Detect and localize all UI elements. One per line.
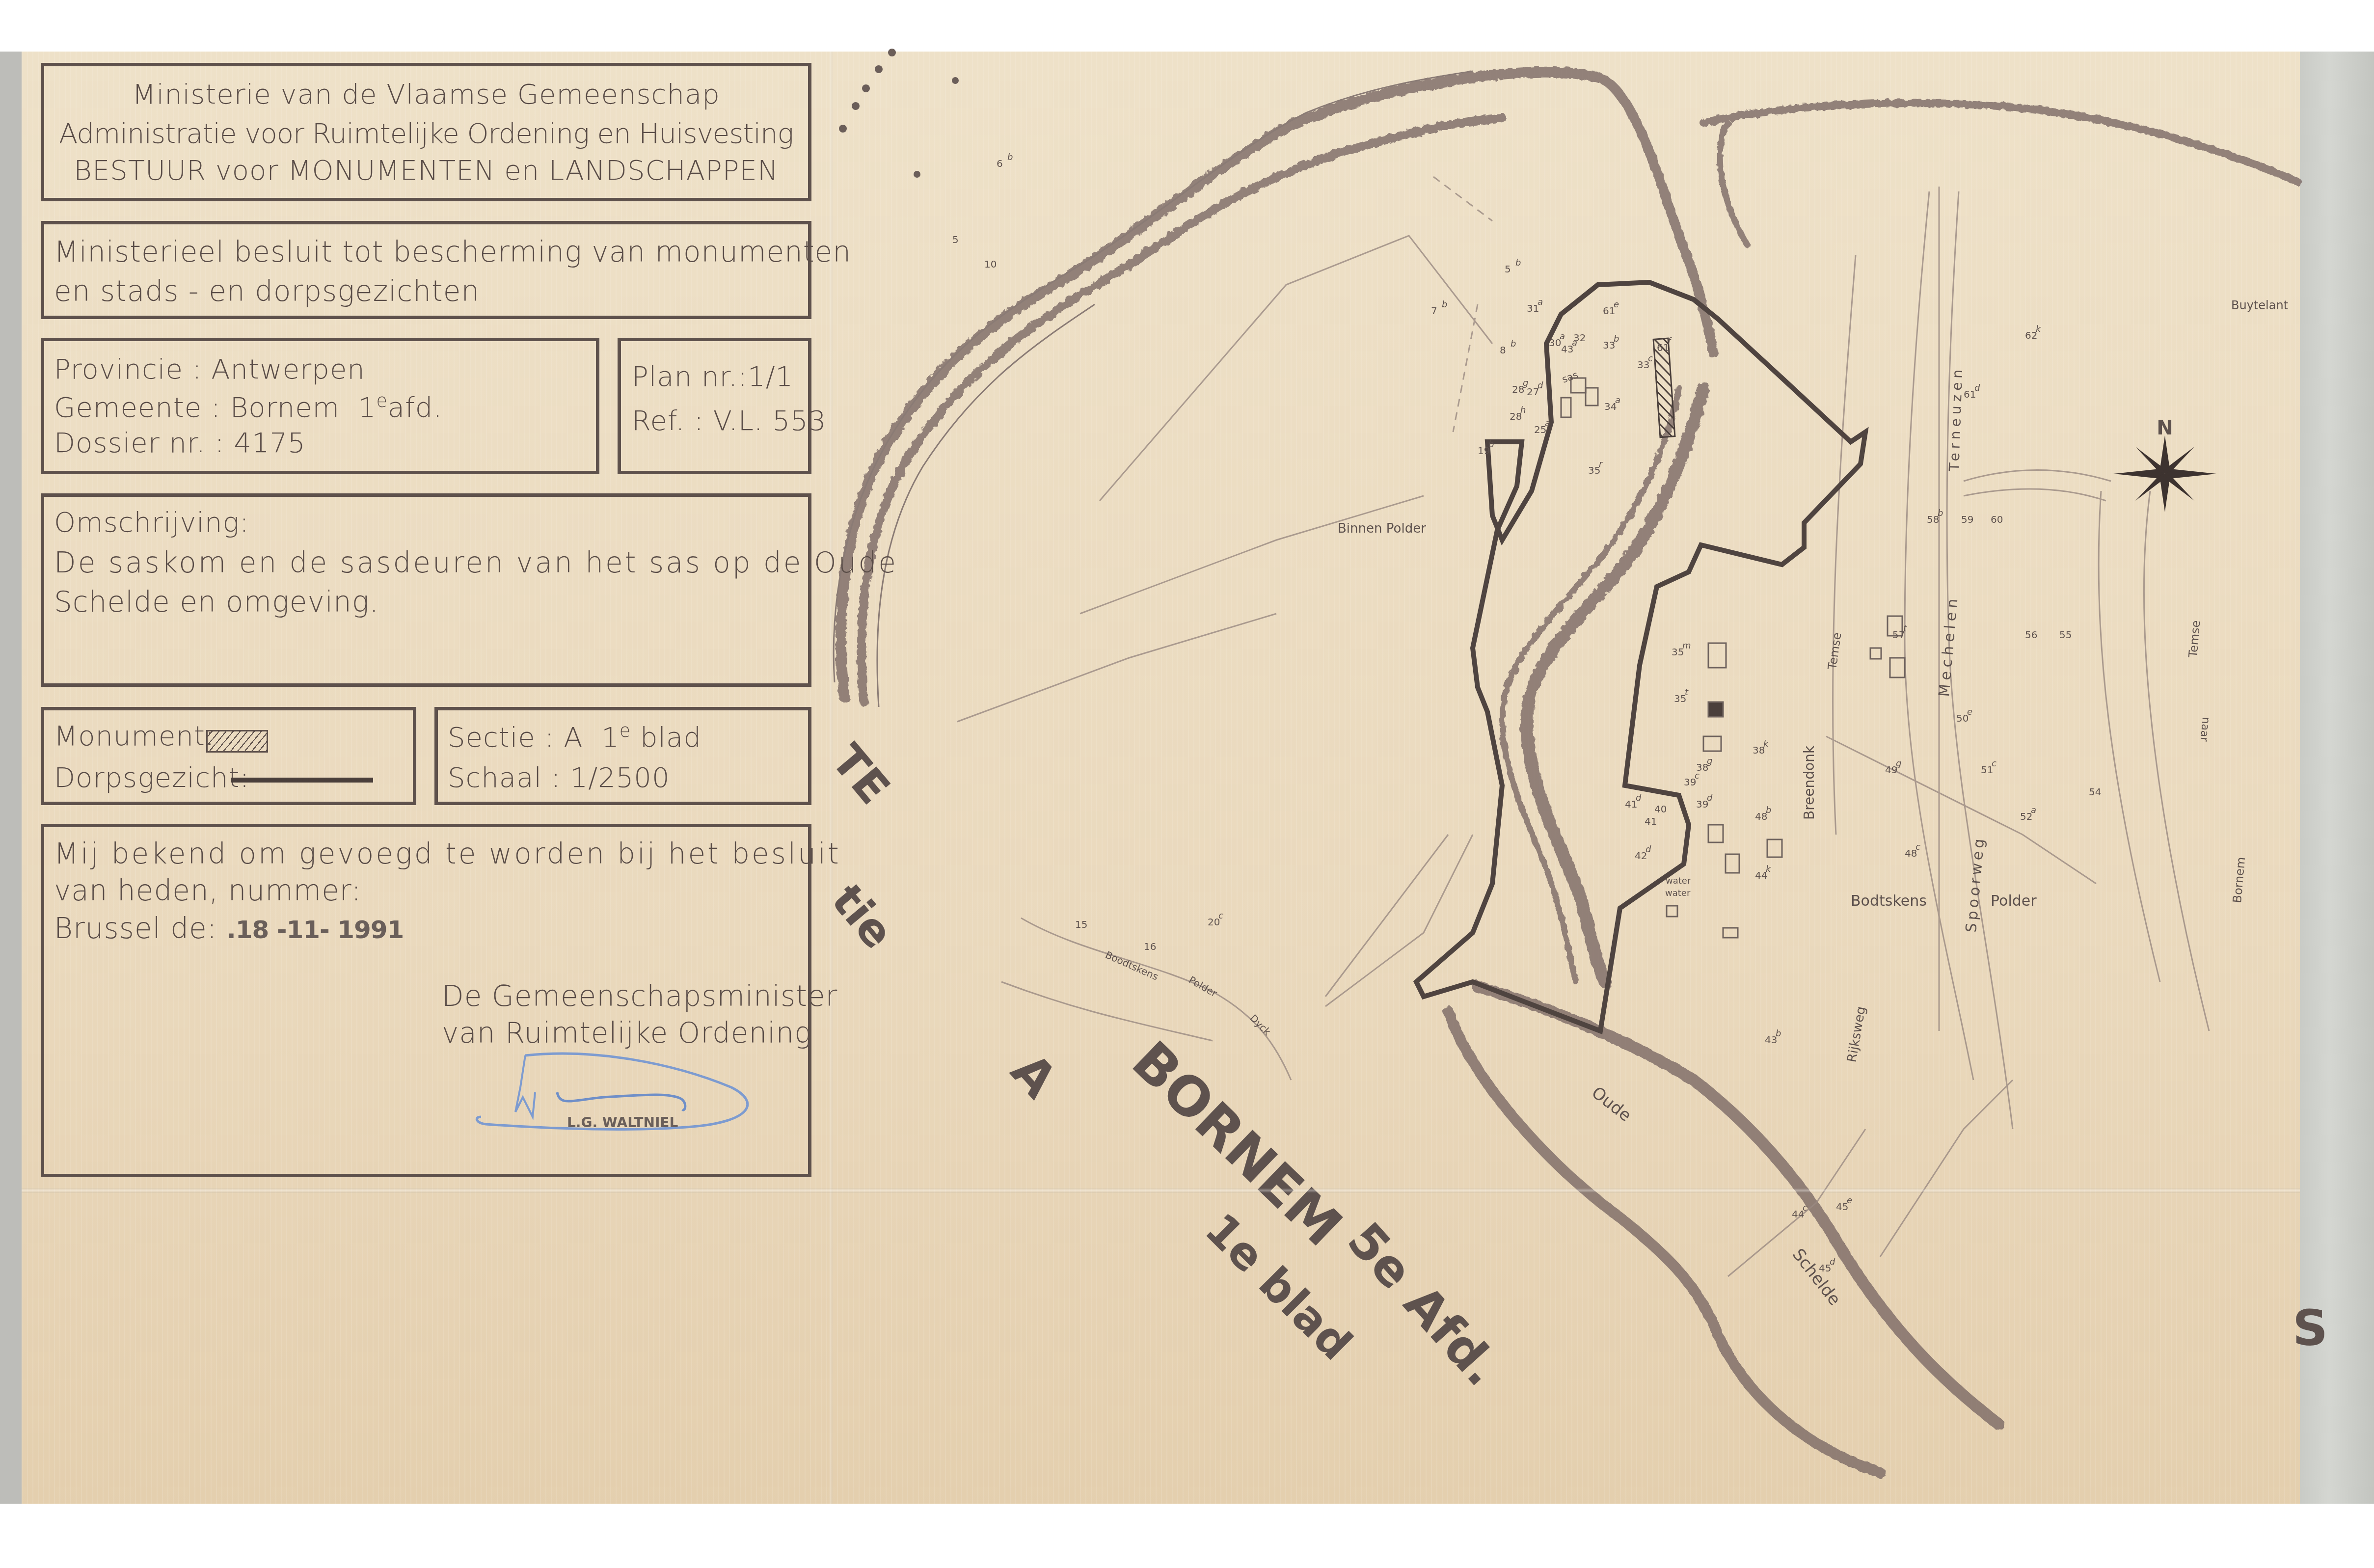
afdeling-number: 1 — [358, 392, 377, 424]
label-breendonk: Breendonk — [1801, 745, 1817, 820]
description-line-1: De saskom en de sasdeuren van het sas op… — [54, 546, 898, 579]
parcel-suffix: k — [2036, 324, 2042, 334]
parcel-suffix: b — [1938, 508, 1943, 518]
monument-hatch-swatch — [206, 730, 268, 753]
dorpsgezicht-label: Dorpsgezicht: — [54, 762, 249, 794]
schaal-value: 1/2500 — [570, 762, 670, 794]
label-temse-2: Temse — [2186, 620, 2203, 658]
authority-line-1: Ministerie van de Vlaamse Gemeenschap — [44, 79, 808, 110]
sectie-value: A — [564, 722, 583, 754]
dorpsgezicht-line-swatch — [231, 778, 373, 783]
compass-rose-icon: N — [2113, 417, 2216, 512]
parcel-number: 8 — [1500, 344, 1506, 356]
river-banks-oude-schelde — [841, 72, 2297, 1473]
parcel-number: 32 — [1573, 332, 1586, 344]
parcel-number: 40 — [1654, 803, 1667, 815]
section-labels: TE tie A BORNEM 5e Afd. 1e blad S — [821, 735, 2328, 1397]
label-naar: naar — [2198, 716, 2212, 742]
signer-line-1: De Gemeenschapsminister — [442, 979, 837, 1013]
label-polder-right: Polder — [1991, 892, 2037, 910]
plan-row: Plan nr.:1/1 — [632, 361, 793, 393]
label-temse-1: Temse — [1825, 632, 1844, 671]
parcel-suffix: b — [1766, 805, 1771, 815]
ref-row: Ref. : V.L. 553 — [632, 405, 826, 437]
label-bodtskens: Bodtskens — [1851, 892, 1927, 910]
buildings — [1561, 378, 1905, 938]
ref-label: Ref. — [632, 405, 685, 437]
parcel-number: 10 — [984, 258, 997, 270]
parcel-suffix: t — [1903, 623, 1907, 634]
authority-box: Ministerie van de Vlaamse Gemeenschap Ad… — [41, 63, 811, 201]
plan-value: 1/1 — [748, 361, 793, 393]
decree-box: Ministerieel besluit tot bescherming van… — [41, 221, 811, 319]
parcel-suffix: c — [1218, 911, 1223, 921]
authority-line-3: BESTUUR voor MONUMENTEN en LANDSCHAPPEN — [44, 155, 808, 187]
blad-superscript: e — [620, 720, 631, 741]
date-row: Brussel de: .18 -11- 1991 — [54, 912, 404, 945]
decree-line-2: en stads - en dorpsgezichten — [54, 274, 480, 308]
parcel-suffix: d — [1830, 1257, 1835, 1267]
label-water-2: water — [1665, 888, 1691, 898]
dossier-value: 4175 — [234, 427, 306, 459]
parcel-suffix: a — [1560, 331, 1565, 342]
gemeente-value: Bornem — [230, 392, 340, 424]
parcel-suffix: b — [1776, 1028, 1781, 1039]
plan-box: Plan nr.:1/1 Ref. : V.L. 553 — [618, 338, 811, 474]
ref-value: V.L. 553 — [713, 405, 827, 437]
parcel-number: 16 — [1144, 941, 1156, 952]
parcel-number: 5 — [1505, 263, 1511, 275]
parcel-suffix: b — [1007, 152, 1013, 162]
monument-label: Monument: — [54, 720, 215, 752]
parcel-suffix: d — [1707, 793, 1713, 803]
parcel-suffix: c — [1992, 758, 1996, 769]
parcel-suffix: k — [1766, 864, 1772, 874]
approval-line-1: Mij bekend om gevoegd te worden bij het … — [54, 837, 841, 870]
parcel-suffix: g — [1896, 758, 1901, 769]
description-label: Omschrijving: — [54, 507, 249, 539]
provincie-label: Provincie — [54, 353, 183, 385]
parcel-suffix: d — [1636, 793, 1642, 803]
parcel-suffix: d — [1974, 383, 1980, 393]
afdeling-superscript: e — [376, 390, 387, 411]
parcel-number: 7 — [1431, 305, 1437, 317]
label-te-fragment: TE — [821, 735, 899, 814]
label-rijksweg: Rijksweg — [1844, 1005, 1868, 1063]
label-polder-left: Polder — [1187, 974, 1220, 1000]
parcel-suffix: c — [1648, 353, 1653, 364]
parcel-suffix: r — [1599, 459, 1603, 469]
parcel-suffix: b — [1515, 258, 1521, 268]
parcel-number: 41 — [1645, 815, 1657, 827]
label-right-fragment: S — [2293, 1299, 2328, 1357]
parcel-suffix: c — [1915, 842, 1920, 852]
section-box: Sectie : A 1e blad Schaal : 1/2500 — [434, 707, 811, 805]
parcel-suffix: c — [1803, 1203, 1807, 1213]
authority-line-2: Administratie voor Ruimtelijke Ordening … — [44, 118, 808, 150]
parcel-suffix: h — [1520, 405, 1526, 415]
parcel-suffix: e — [1847, 1195, 1852, 1206]
fold-line-horizontal — [22, 1188, 2300, 1193]
parcel-suffix: c — [1695, 771, 1700, 781]
approval-line-2: van heden, nummer: — [54, 874, 361, 907]
gemeente-row: Gemeente : Bornem 1eafd. — [54, 390, 442, 424]
label-sas: sas — [1561, 369, 1580, 385]
label-oude: Oude — [1588, 1083, 1635, 1126]
parcel-suffix: f — [1668, 336, 1672, 347]
label-binnen-polder: Binnen Polder — [1338, 521, 1426, 536]
label-terneuzen: Terneuzen — [1946, 365, 1966, 472]
parcel-suffix: k — [1763, 739, 1769, 749]
parcel-number: 60 — [1991, 514, 2003, 525]
label-spoorweg: Spoorweg — [1963, 835, 1988, 933]
parcel-suffix: b — [1488, 439, 1494, 450]
description-box: Omschrijving: De saskom en de sasdeuren … — [41, 493, 811, 687]
dorpsgezicht-boundary — [1416, 282, 1865, 1031]
dossier-row: Dossier nr. : 4175 — [54, 427, 306, 459]
description-line-2: Schelde en omgeving. — [54, 585, 379, 619]
parcel-suffix: d — [1538, 380, 1543, 391]
plan-label: Plan nr. — [632, 361, 738, 393]
parcel-suffix: t — [1685, 687, 1689, 698]
parcel-suffix: a — [1615, 395, 1620, 406]
schaal-row: Schaal : 1/2500 — [448, 762, 670, 794]
parcel-number: 55 — [2059, 629, 2072, 641]
parcel-suffix: b — [1442, 299, 1447, 310]
label-section-a: A — [1000, 1042, 1068, 1109]
parcel-suffix: a — [2031, 805, 2036, 815]
schaal-label: Schaal — [448, 762, 542, 794]
location-box: Provincie : Antwerpen Gemeente : Bornem … — [41, 338, 599, 474]
parcel-suffix: b — [1614, 334, 1619, 344]
legend-box: Monument: Dorpsgezicht: — [41, 707, 416, 805]
parcel-suffix: d — [1646, 844, 1651, 855]
afdeling-suffix: afd. — [388, 392, 442, 424]
label-boodtskens-left: Boodtskens — [1104, 949, 1160, 983]
parcel-number: 15 — [1075, 919, 1087, 930]
label-tie-fragment: tie — [821, 875, 903, 959]
label-water-1: water — [1666, 876, 1691, 886]
survey-dots — [839, 49, 959, 178]
label-afdeling: 5e Afd. — [1336, 1212, 1511, 1397]
label-buytelant: Buytelant — [2231, 298, 2288, 312]
parcel-number: 5 — [952, 234, 959, 245]
blad-number: 1 — [601, 722, 620, 754]
date-label: Brussel de: — [54, 912, 217, 945]
parcel-suffix: e — [1967, 707, 1972, 717]
label-dyck: Dyck — [1247, 1012, 1273, 1038]
provincie-row: Provincie : Antwerpen — [54, 353, 365, 385]
parcel-number: 6 — [997, 158, 1003, 169]
label-schelde: Schelde — [1788, 1245, 1844, 1309]
approval-box: Mij bekend om gevoegd te worden bij het … — [41, 824, 811, 1177]
parcel-suffix: a — [1538, 297, 1543, 307]
parcel-suffix: e — [1614, 299, 1619, 310]
sectie-label: Sectie — [448, 722, 536, 754]
parcel-suffix: a — [1545, 418, 1550, 429]
decree-line-1: Ministerieel besluit tot bescherming van… — [54, 235, 851, 269]
blad-suffix: blad — [640, 722, 701, 754]
parcel-number: 59 — [1961, 514, 1973, 525]
dossier-label: Dossier nr. — [54, 427, 206, 459]
parcel-number: 54 — [2089, 786, 2101, 798]
label-bornem-road: Bornem — [2230, 856, 2248, 903]
sectie-row: Sectie : A 1e blad — [448, 720, 701, 754]
date-stamp: .18 -11- 1991 — [227, 916, 404, 944]
parcel-number: 56 — [2025, 629, 2037, 641]
stamp-name: L.G. WALTNIEL — [567, 1114, 678, 1131]
parcel-suffix: m — [1682, 641, 1691, 651]
parcel-suffix: b — [1511, 339, 1516, 349]
parcel-suffix: g — [1707, 756, 1712, 766]
gemeente-label: Gemeente — [54, 392, 202, 424]
provincie-value: Antwerpen — [211, 353, 365, 385]
